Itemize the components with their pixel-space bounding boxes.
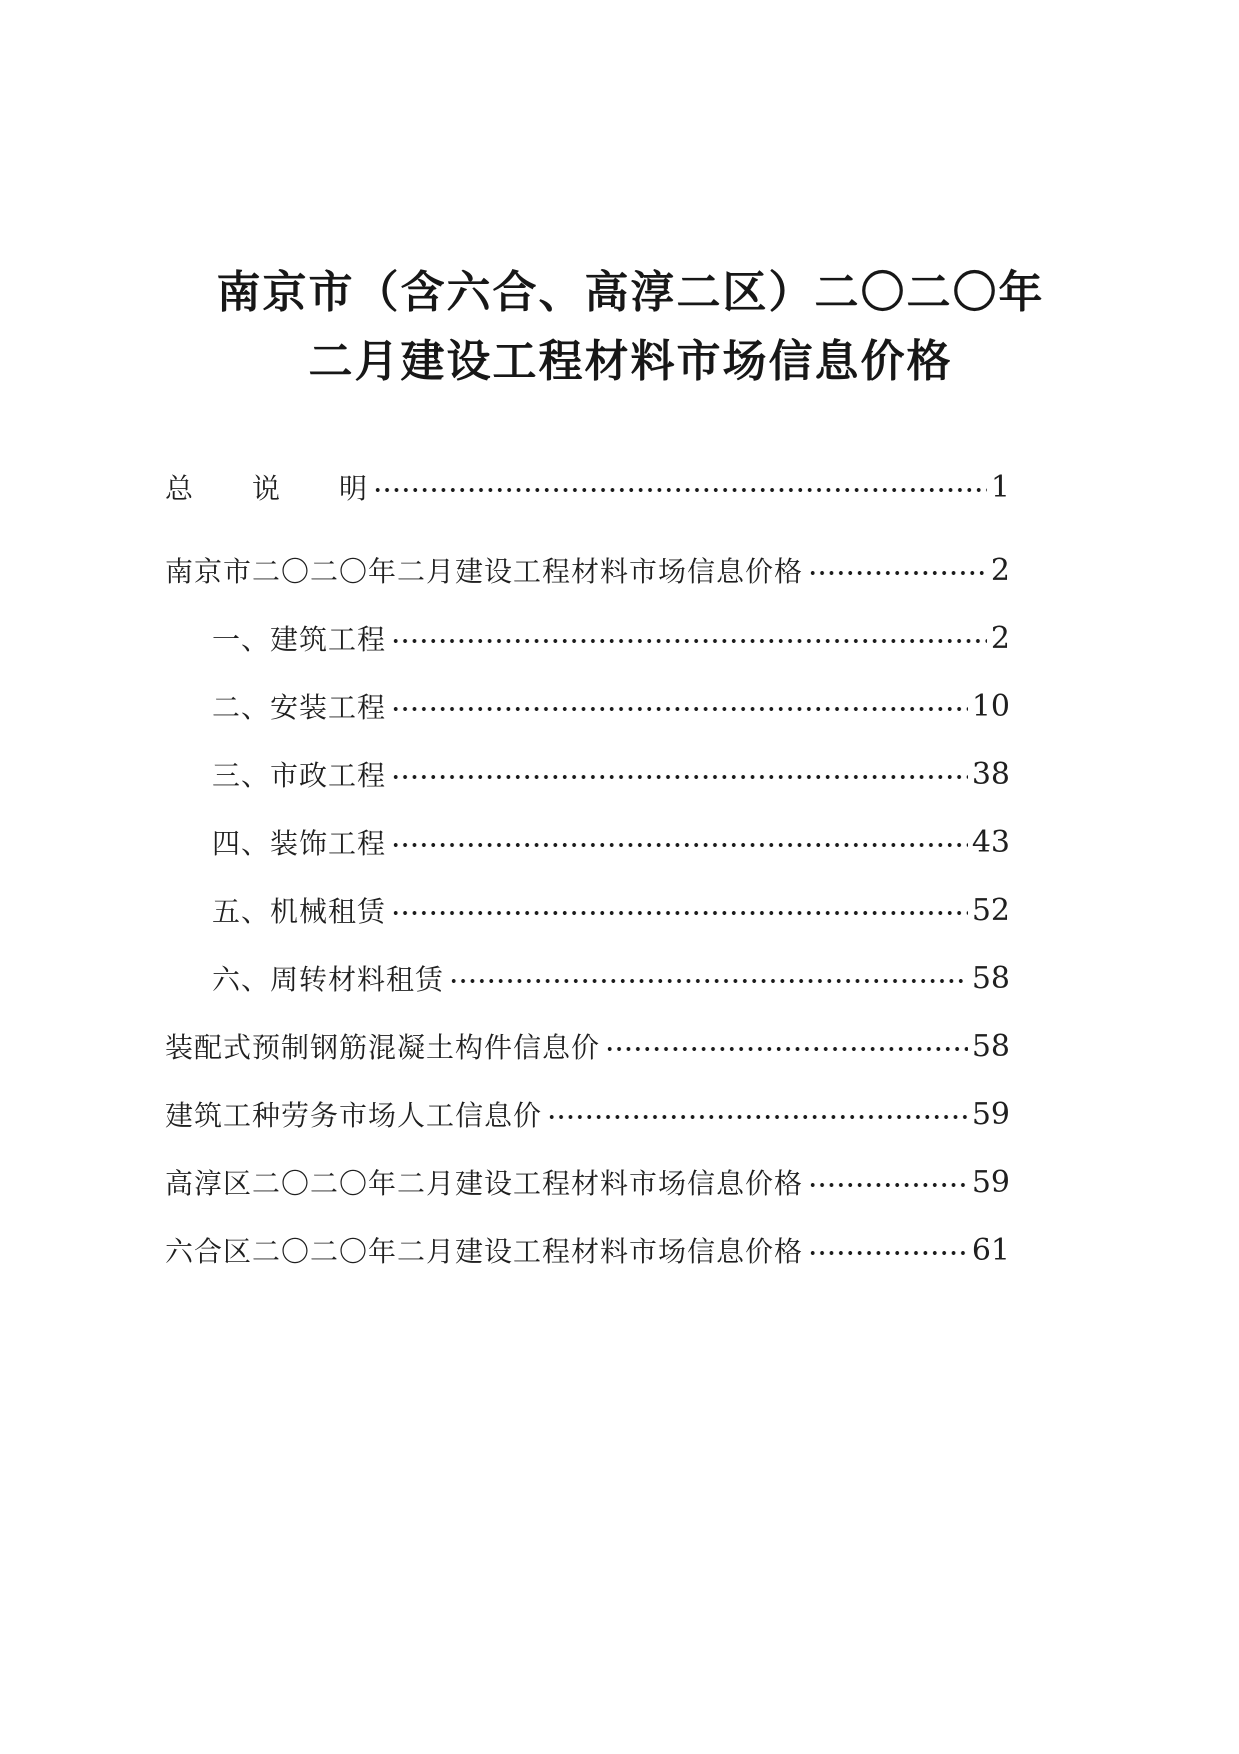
toc-entry-label: 二、安装工程	[212, 686, 386, 726]
toc-leader-dots	[391, 909, 968, 917]
toc-entry-label: 六合区二〇二〇年二月建设工程材料市场信息价格	[165, 1230, 803, 1270]
toc-entry-page: 2	[991, 621, 1010, 656]
toc-entry: 五、机械租赁 52	[165, 876, 1010, 944]
toc-entry-page: 59	[972, 1165, 1010, 1200]
toc-entry-label: 南京市二〇二〇年二月建设工程材料市场信息价格	[165, 550, 803, 590]
toc-entry: 四、装饰工程 43	[165, 808, 1010, 876]
toc-entry-label: 装配式预制钢筋混凝土构件信息价	[165, 1026, 600, 1066]
toc-entry: 建筑工种劳务市场人工信息价 59	[165, 1080, 1010, 1148]
toc-entry: 装配式预制钢筋混凝土构件信息价 58	[165, 1012, 1010, 1080]
toc-entry-label: 四、装饰工程	[212, 822, 386, 862]
toc-entry: 总 说 明 1	[165, 453, 1010, 521]
toc-entry-page: 58	[972, 1029, 1010, 1064]
toc-leader-dots	[808, 1181, 968, 1189]
toc-entry-page: 1	[991, 470, 1010, 505]
toc-leader-dots	[391, 637, 987, 645]
toc-entry-page: 58	[972, 961, 1010, 996]
document-page: 南京市（含六合、高淳二区）二〇二〇年 二月建设工程材料市场信息价格 总 说 明 …	[0, 0, 1239, 1754]
toc-entry-page: 61	[972, 1233, 1010, 1268]
document-title: 南京市（含六合、高淳二区）二〇二〇年 二月建设工程材料市场信息价格	[208, 258, 1053, 396]
toc-leader-dots	[373, 486, 987, 494]
document-title-line1: 南京市（含六合、高淳二区）二〇二〇年	[208, 258, 1053, 327]
toc-entry: 南京市二〇二〇年二月建设工程材料市场信息价格 2	[165, 536, 1010, 604]
toc-entry-label: 建筑工种劳务市场人工信息价	[165, 1094, 542, 1134]
toc-leader-dots	[391, 773, 968, 781]
toc-entry-page: 43	[972, 825, 1010, 860]
toc-entry-label: 三、市政工程	[212, 754, 386, 794]
toc-entry-page: 10	[972, 689, 1010, 724]
toc-entry: 高淳区二〇二〇年二月建设工程材料市场信息价格 59	[165, 1148, 1010, 1216]
toc-entry-page: 2	[991, 553, 1010, 588]
toc-entry-label: 五、机械租赁	[212, 890, 386, 930]
table-of-contents: 总 说 明 1 南京市二〇二〇年二月建设工程材料市场信息价格 2 一、建筑工程 …	[165, 453, 1010, 1284]
toc-leader-dots	[391, 841, 968, 849]
toc-entry-page: 59	[972, 1097, 1010, 1132]
toc-entry-label: 高淳区二〇二〇年二月建设工程材料市场信息价格	[165, 1162, 803, 1202]
toc-entry: 六、周转材料租赁 58	[165, 944, 1010, 1012]
toc-entry: 二、安装工程 10	[165, 672, 1010, 740]
toc-entry: 六合区二〇二〇年二月建设工程材料市场信息价格 61	[165, 1216, 1010, 1284]
toc-leader-dots	[808, 569, 987, 577]
toc-entry-label: 六、周转材料租赁	[212, 958, 444, 998]
toc-entry-label: 总 说 明	[165, 467, 368, 507]
document-title-line2: 二月建设工程材料市场信息价格	[208, 327, 1053, 396]
toc-leader-dots	[605, 1045, 968, 1053]
toc-leader-dots	[547, 1113, 968, 1121]
toc-entry-label: 一、建筑工程	[212, 618, 386, 658]
toc-entry-page: 52	[972, 893, 1010, 928]
toc-leader-dots	[808, 1249, 968, 1257]
toc-leader-dots	[391, 705, 968, 713]
toc-entry: 三、市政工程 38	[165, 740, 1010, 808]
toc-entry-page: 38	[972, 757, 1010, 792]
toc-leader-dots	[449, 977, 968, 985]
toc-entry: 一、建筑工程 2	[165, 604, 1010, 672]
